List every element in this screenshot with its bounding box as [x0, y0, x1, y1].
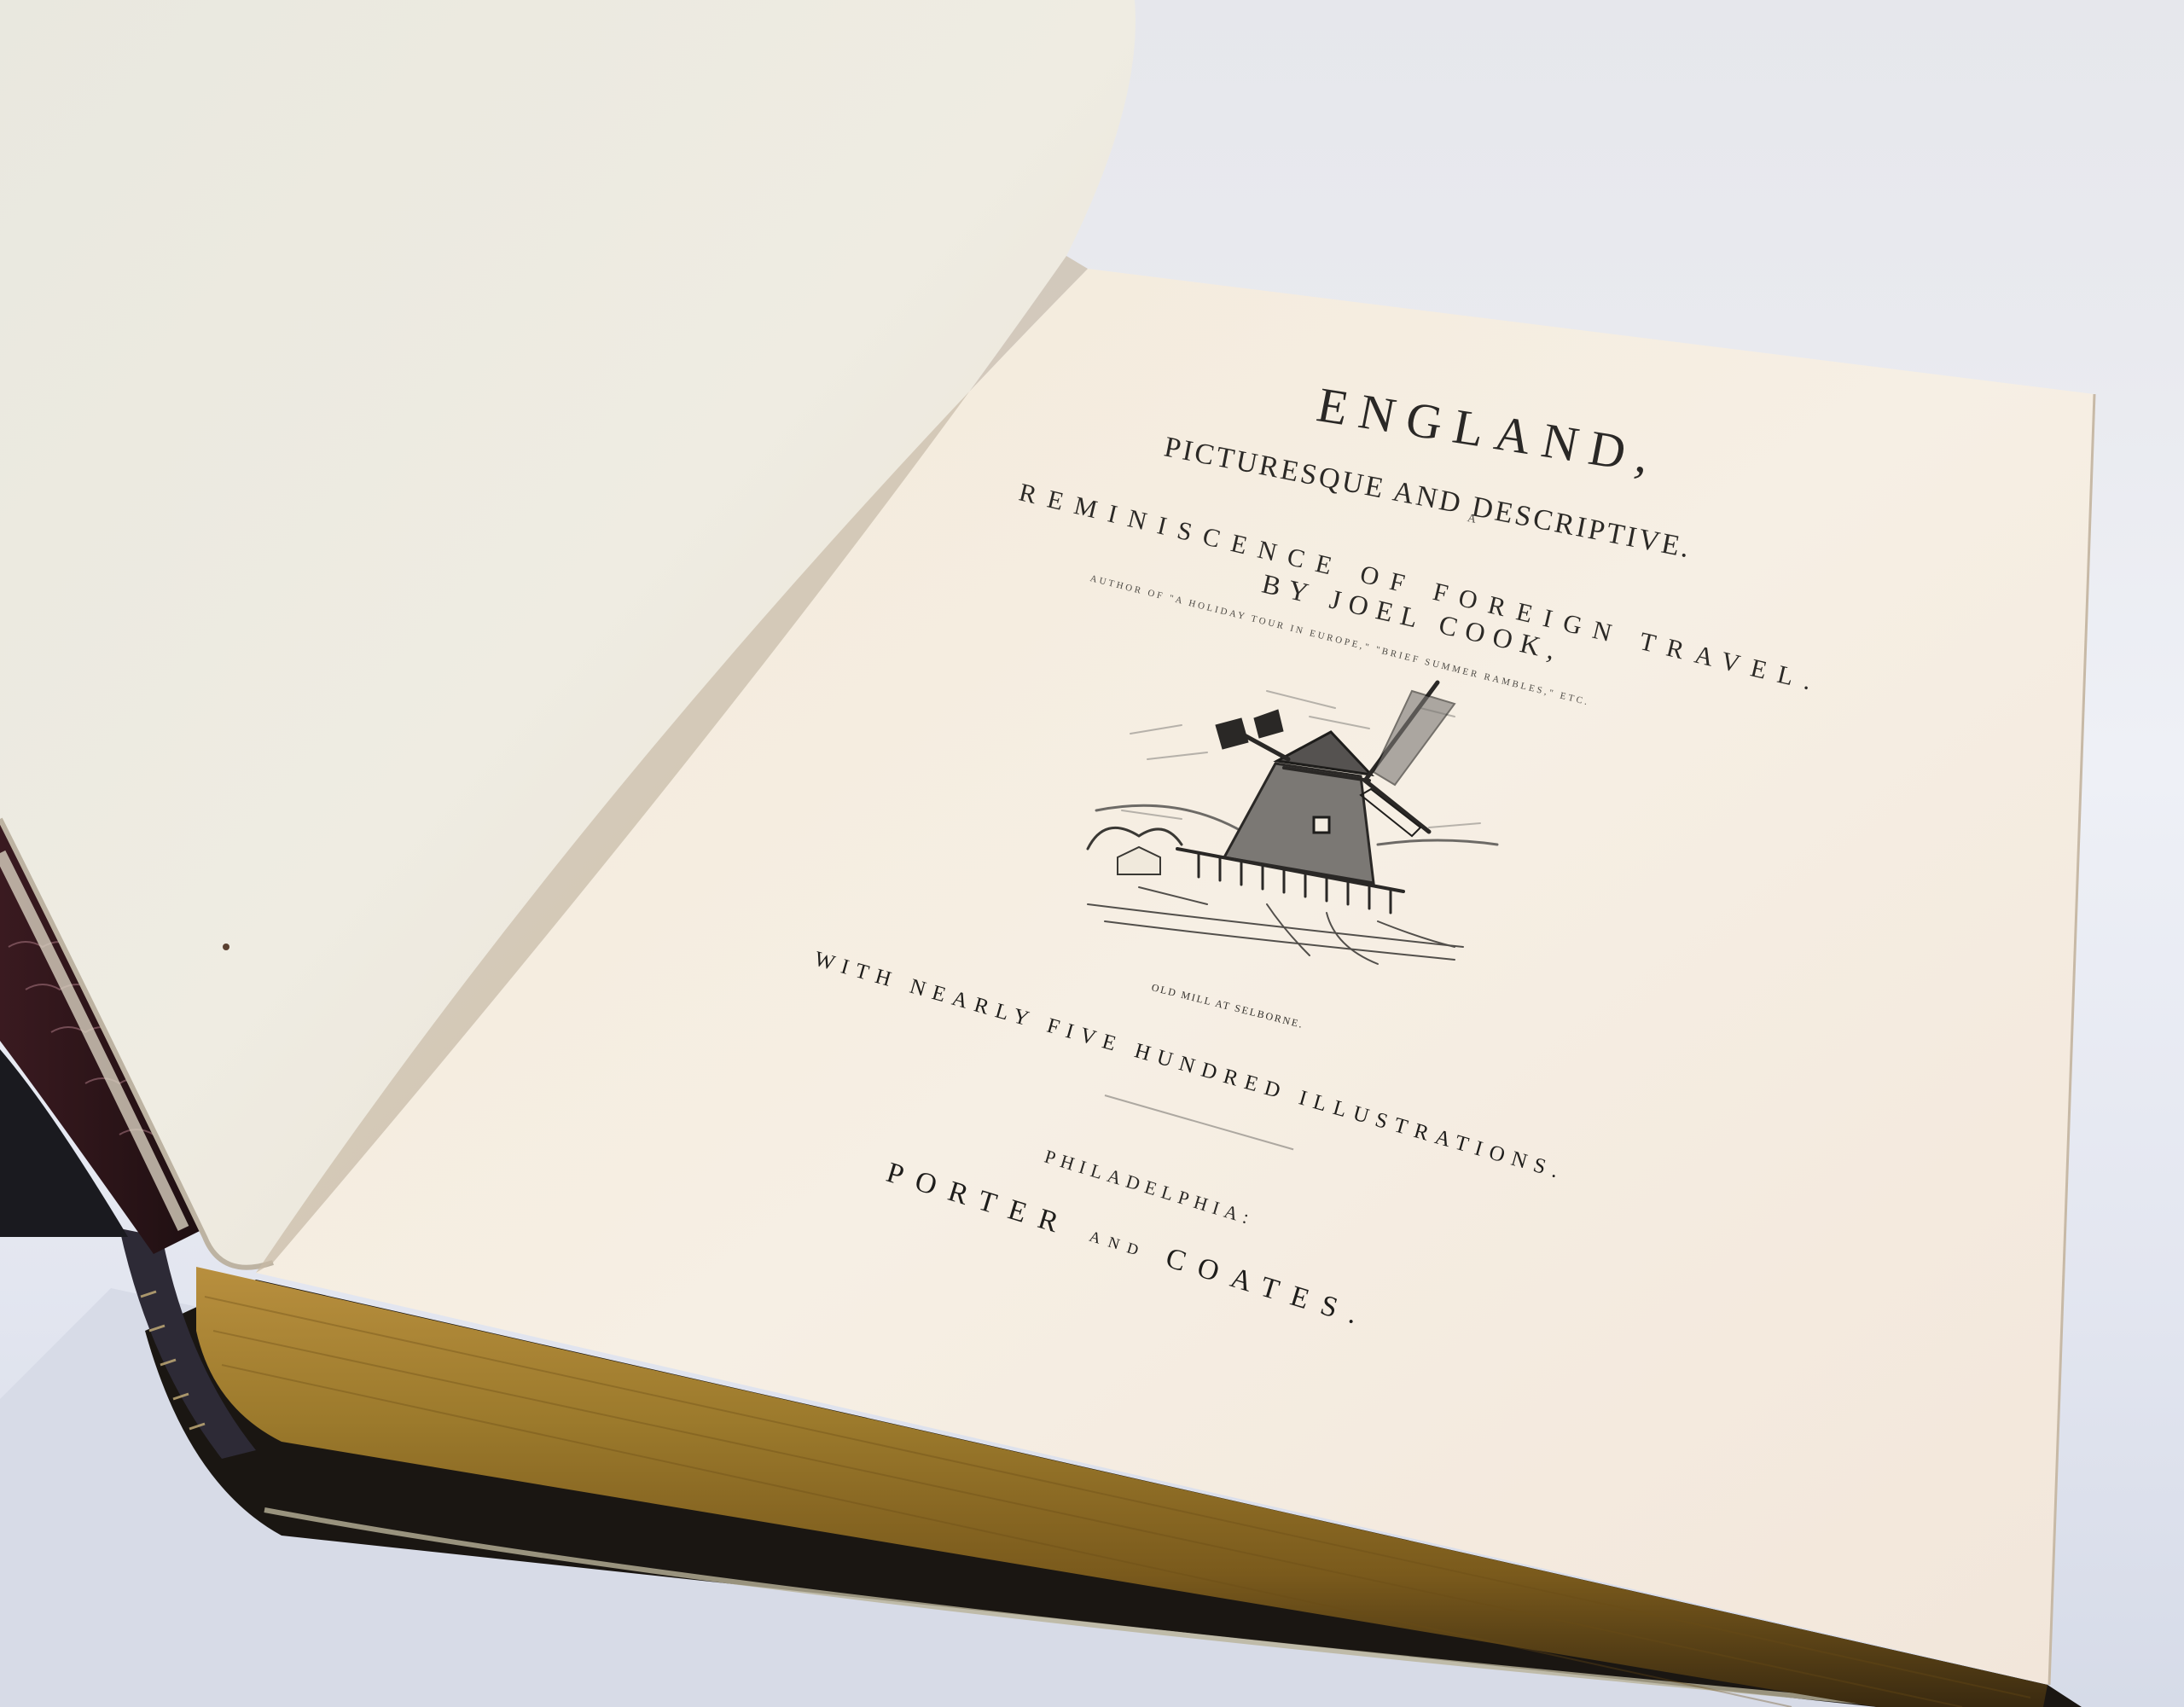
photo-scene: ENGLAND, PICTURESQUE AND DESCRIPTIVE. A …	[0, 0, 2184, 1707]
old-mill-engraving	[1054, 665, 1565, 1007]
